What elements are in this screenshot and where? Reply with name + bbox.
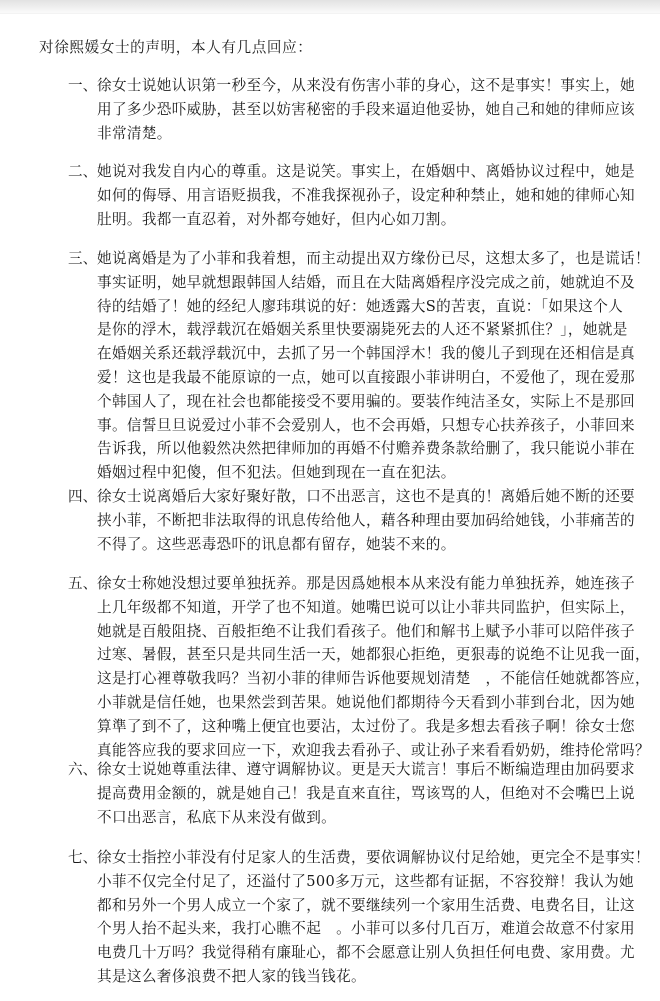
item-text-line: 用了多少恐吓威胁，甚至以妨害秘密的手段来逼迫他妥协，她自己和她的律师应该 bbox=[97, 98, 635, 119]
item-text-line: 爱！这也是我最不能原谅的一点，她可以直接跟小菲讲明白，不爱他了，现在爱那 bbox=[97, 366, 635, 387]
item-text-line: 上几年级都不知道，开学了也不知道。她嘴巴说可以让小菲共同监护，但实际上， bbox=[97, 596, 635, 617]
item-text-line: 小菲不仅完全付足了，还溢付了500多万元，这些都有证据，不容狡辩！我认为她 bbox=[97, 870, 634, 891]
document-intro: 对徐熙媛女士的声明，本人有几点回应： bbox=[39, 36, 313, 57]
item-number: 三、 bbox=[68, 247, 97, 268]
item-text-line: 这是打心裡尊敬我吗？当初小菲的律师告诉他要规划清楚 ，不能信任她就都答应， bbox=[97, 667, 650, 688]
item-text-line: 事。信誓旦旦说爱过小菲不会爱别人，也不会再婚，只想专心扶养孩子，小菲回来 bbox=[97, 414, 635, 435]
item-text-line: 徐女士说她认识第一秒至今，从来没有伤害小菲的身心，这不是事实！事实上，她 bbox=[97, 74, 635, 95]
item-text-line: 徐女士说离婚后大家好聚好散，口不出恶言，这也不是真的！离婚后她不断的还要 bbox=[97, 485, 635, 506]
item-text-line: 在婚姻关系还载浮载沉中，去抓了另一个韩国浮木！我的傻儿子到现在还相信是真 bbox=[97, 342, 635, 363]
item-text-line: 她就是百般阻挠、百般拒绝不让我们看孩子。他们和解书上赋予小菲可以陪伴孩子 bbox=[97, 620, 635, 641]
item-text-line: 肚明。我都一直忍着，对外都夸她好，但内心如刀割。 bbox=[97, 208, 456, 229]
item-number: 一、 bbox=[68, 74, 97, 95]
item-text-line: 过寒、暑假，甚至只是共同生活一天，她都狠心拒绝，更狠毒的说绝不让见我一面， bbox=[97, 643, 650, 664]
item-text-line: 她说离婚是为了小菲和我着想，而主动提出双方缘份已尽，这想太多了，也是谎话！ bbox=[97, 247, 650, 268]
item-text-line: 挟小菲，不断把非法取得的讯息传给他人，藉各种理由要加码给她钱，小菲痛苦的 bbox=[97, 509, 635, 530]
item-text-line: 个韩国人了，现在社会也都能接受不要用骗的。要装作纯洁圣女，实际上不是那回 bbox=[97, 390, 635, 411]
item-text-line: 算準了到不了，这种嘴上便宜也要沾，太过份了。我是多想去看孩子啊！徐女士您 bbox=[97, 715, 635, 736]
item-text-line: 徐女士指控小菲没有付足家人的生活费，要依调解协议付足给她，更完全不是事实！ bbox=[97, 846, 650, 867]
item-text-line: 徐女士称她没想过要单独抚养。那是因爲她根本从来没有能力单独抚养，她连孩子 bbox=[97, 572, 635, 593]
item-text-line: 告诉我，所以他毅然决然把律师加的再婚不付赡养费条款给删了，我只能说小菲在 bbox=[97, 437, 635, 458]
item-text-line: 婚姻过程中犯傻，但不犯法。但她到现在一直在犯法。 bbox=[97, 461, 456, 482]
item-number: 五、 bbox=[68, 572, 97, 593]
item-text-line: 个男人抬不起头来，我打心瞧不起 。小菲可以多付几百万，难道会故意不付家用 bbox=[97, 917, 635, 938]
item-text-line: 电费几十万吗？我觉得稍有廉耻心，都不会愿意让别人负担任何电费、家用费。尤 bbox=[97, 941, 635, 962]
item-text-line: 如何的侮辱、用言语贬损我，不准我探视孙子，设定种种禁止，她和她的律师心知 bbox=[97, 184, 635, 205]
item-text-line: 她说对我发自内心的尊重。这是说笑。事实上，在婚姻中、离婚协议过程中，她是 bbox=[97, 160, 635, 181]
item-number: 四、 bbox=[68, 485, 97, 506]
item-text-line: 不得了。这些恶毒恐吓的讯息都有留存，她装不来的。 bbox=[97, 533, 456, 554]
item-text-line: 待的结婚了！她的经纪人廖玮琪说的好：她透露大S的苦衷，直说：「如果这个人 bbox=[97, 295, 623, 316]
item-text-line: 徐女士说她尊重法律、遵守调解协议。更是天大谎言！事后不断编造理由加码要求 bbox=[97, 758, 635, 779]
item-text-line: 是你的浮木，载浮载沉在婚姻关系里快要溺毙死去的人还不紧紧抓住？」，她就是 bbox=[97, 318, 628, 339]
item-text-line: 真能答应我的要求回应一下，欢迎我去看孙子、或让孙子来看看奶奶，维持伦常吗？ bbox=[97, 739, 650, 760]
item-text-line: 都和另外一个男人成立一个家了，就不要继续列一个家用生活费、电费名目，让这 bbox=[97, 894, 635, 915]
viewer-top-bar bbox=[0, 0, 660, 14]
item-number: 二、 bbox=[68, 160, 97, 181]
item-text-line: 事实证明，她早就想跟韩国人结婚，而且在大陆离婚程序没完成之前，她就迫不及 bbox=[97, 271, 635, 292]
item-text-line: 提高费用金额的，就是她自己！我是直来直往，骂该骂的人，但绝对不会嘴巴上说 bbox=[97, 782, 635, 803]
item-number: 七、 bbox=[68, 846, 97, 867]
item-number: 六、 bbox=[68, 758, 97, 779]
item-text-line: 不口出恶言，私底下从来没有做到。 bbox=[97, 806, 336, 827]
item-text-line: 非常清楚。 bbox=[97, 122, 172, 143]
item-text-line: 其是这么奢侈浪费不把人家的钱当钱花。 bbox=[97, 965, 366, 986]
item-text-line: 小菲就是信任她，也果然尝到苦果。她说他们都期待今天看到小菲到台北，因为她 bbox=[97, 691, 635, 712]
